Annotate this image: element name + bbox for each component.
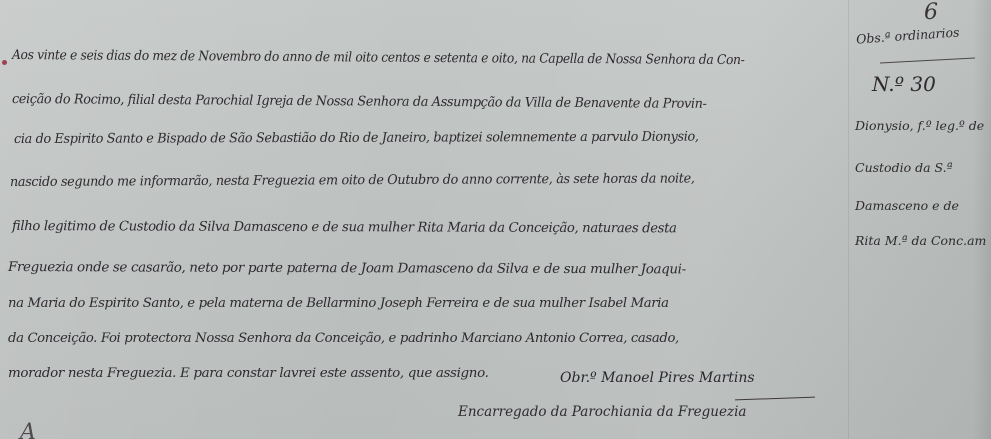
body-line-7: na Maria do Espirito Santo, e pela mater… bbox=[8, 296, 669, 311]
page-number: 6 bbox=[924, 0, 938, 25]
margin-name-line-1: Dionysio, f.º leg.º de bbox=[855, 118, 984, 133]
next-entry-initial: A bbox=[20, 420, 36, 439]
margin-name-line-2: Custodio da S.ª bbox=[855, 160, 953, 175]
margin-name-line-3: Damasceno e de bbox=[855, 198, 959, 213]
margin-rule bbox=[848, 0, 849, 439]
margin-name-line-4: Rita M.ª da Conc.am bbox=[855, 233, 986, 248]
priest-title: Encarregado da Parochiania da Freguezia bbox=[458, 404, 746, 420]
priest-signature: Obr.º Manoel Pires Martins bbox=[560, 370, 755, 386]
page-edge-shadow bbox=[973, 0, 991, 439]
body-line-1: Aos vinte e seis dias do mez de Novembro… bbox=[12, 48, 745, 68]
entry-marker-dot bbox=[2, 60, 7, 65]
body-line-8: da Conceição. Foi protectora Nossa Senho… bbox=[8, 331, 679, 346]
document-page: 6 Aos vinte e seis dias do mez de Novemb… bbox=[0, 0, 991, 439]
body-line-2: ceição do Rocimo, filial desta Parochial… bbox=[12, 92, 707, 112]
margin-entry-number: N.º 30 bbox=[872, 72, 936, 96]
body-line-6: Freguezia onde se casarão, neto por part… bbox=[8, 260, 686, 277]
body-line-9: morador nesta Freguezia. E para constar … bbox=[8, 366, 489, 381]
body-line-3: cia do Espirito Santo e Bispado de São S… bbox=[14, 130, 699, 147]
margin-entry-label: Obs.ª ordinarios bbox=[856, 24, 960, 46]
signature-flourish bbox=[735, 397, 815, 401]
body-line-5: filho legitimo de Custodio da Silva Dama… bbox=[12, 219, 677, 236]
body-line-4: nascido segundo me informarão, nesta Fre… bbox=[10, 171, 695, 190]
margin-label-underline bbox=[880, 58, 975, 64]
